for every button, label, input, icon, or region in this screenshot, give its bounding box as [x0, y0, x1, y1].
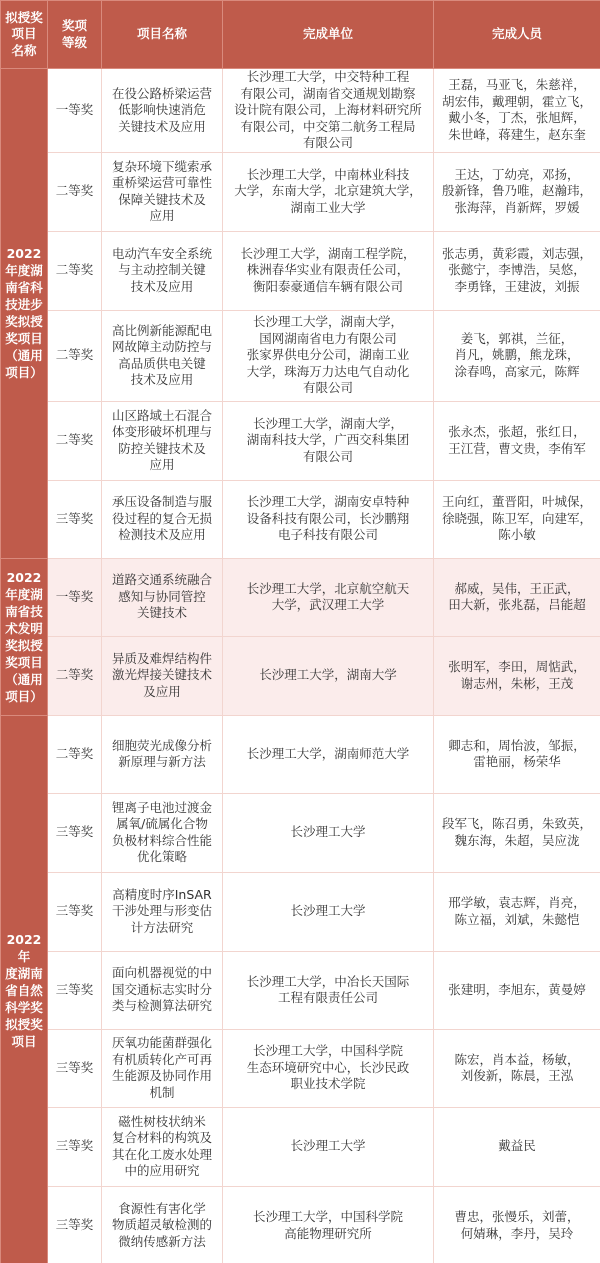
header-row: 拟授奖 项目 名称 奖项 等级 项目名称 完成单位 完成人员: [1, 1, 600, 69]
table-row: 三等奖高精度时序InSAR干涉处理与形变估计方法研究长沙理工大学邢学敏，袁志辉，…: [1, 872, 600, 951]
award-level: 二等奖: [48, 715, 102, 793]
award-table: 拟授奖 项目 名称 奖项 等级 项目名称 完成单位 完成人员 2022年度湖南省…: [0, 0, 600, 1263]
award-level: 二等奖: [48, 231, 102, 310]
completion-people: 邢学敏，袁志辉，肖亮，陈立福，刘斌，朱懿恺: [434, 872, 600, 951]
table-row: 二等奖复杂环境下缆索承重桥梁运营可靠性保障关键技术及应用长沙理工大学，中南林业科…: [1, 152, 600, 231]
project-name: 电动汽车安全系统与主动控制关键技术及应用: [102, 231, 223, 310]
completion-people: 郝威，吴伟，王正武，田大新，张兆磊，吕能超: [434, 558, 600, 636]
table-row: 三等奖面向机器视觉的中国交通标志实时分类与检测算法研究长沙理工大学，中冶长天国际…: [1, 951, 600, 1029]
completion-unit: 长沙理工大学，湖南工程学院，株洲春华实业有限责任公司，衡阳泰豪通信车辆有限公司: [223, 231, 434, 310]
completion-people: 戴益民: [434, 1107, 600, 1186]
award-level: 三等奖: [48, 951, 102, 1029]
award-level: 二等奖: [48, 636, 102, 715]
header-people: 完成人员: [434, 1, 600, 69]
project-name: 食源性有害化学物质超灵敏检测的微纳传感新方法: [102, 1186, 223, 1263]
completion-people: 王达，丁幼亮，邓扬，殷新锋，鲁乃唯，赵瀚玮，张海萍，肖新辉，罗媛: [434, 152, 600, 231]
completion-unit: 长沙理工大学，湖南大学: [223, 636, 434, 715]
project-name: 磁性树枝状纳米复合材料的构筑及其在化工废水处理中的应用研究: [102, 1107, 223, 1186]
award-level: 一等奖: [48, 69, 102, 153]
table-row: 二等奖电动汽车安全系统与主动控制关键技术及应用长沙理工大学，湖南工程学院，株洲春…: [1, 231, 600, 310]
header-project-name: 项目名称: [102, 1, 223, 69]
project-name: 承压设备制造与服役过程的复合无损检测技术及应用: [102, 480, 223, 558]
table-row: 三等奖厌氧功能菌群强化有机质转化产可再生能源及协同作用机制长沙理工大学，中国科学…: [1, 1029, 600, 1107]
completion-unit: 长沙理工大学: [223, 793, 434, 872]
completion-unit: 长沙理工大学，湖南师范大学: [223, 715, 434, 793]
award-level: 三等奖: [48, 1107, 102, 1186]
project-name: 面向机器视觉的中国交通标志实时分类与检测算法研究: [102, 951, 223, 1029]
table-row: 2022年度湖南省自然科学奖拟授奖项目二等奖细胞荧光成像分析新原理与新方法长沙理…: [1, 715, 600, 793]
project-name: 山区路域土石混合体变形破坏机理与防控关键技术及应用: [102, 401, 223, 480]
award-level: 三等奖: [48, 480, 102, 558]
award-level: 二等奖: [48, 152, 102, 231]
table-row: 三等奖锂离子电池过渡金属氧/硫属化合物负极材料综合性能优化策略长沙理工大学段军飞…: [1, 793, 600, 872]
project-name: 高精度时序InSAR干涉处理与形变估计方法研究: [102, 872, 223, 951]
group-label: 2022年度湖南省技术发明奖拟授奖项目（通用项目）: [1, 558, 48, 715]
completion-unit: 长沙理工大学，北京航空航天大学，武汉理工大学: [223, 558, 434, 636]
project-name: 在役公路桥梁运营低影响快速消危关键技术及应用: [102, 69, 223, 153]
project-name: 复杂环境下缆索承重桥梁运营可靠性保障关键技术及应用: [102, 152, 223, 231]
completion-people: 张建明，李旭东，黄曼婷: [434, 951, 600, 1029]
completion-people: 张永杰，张超，张红日，王江营，曹文贵，李侑军: [434, 401, 600, 480]
header-group: 拟授奖 项目 名称: [1, 1, 48, 69]
completion-unit: 长沙理工大学，湖南大学，湖南科技大学，广西交科集团有限公司: [223, 401, 434, 480]
award-level: 三等奖: [48, 1186, 102, 1263]
award-level: 一等奖: [48, 558, 102, 636]
table-body: 2022年度湖南省科技进步奖拟授奖项目（通用项目）一等奖在役公路桥梁运营低影响快…: [1, 69, 600, 1263]
completion-people: 卿志和，周怡波，邹振，雷艳丽，杨荣华: [434, 715, 600, 793]
table-row: 三等奖承压设备制造与服役过程的复合无损检测技术及应用长沙理工大学，湖南安卓特种设…: [1, 480, 600, 558]
group-label: 2022年度湖南省科技进步奖拟授奖项目（通用项目）: [1, 69, 48, 559]
group-label: 2022年度湖南省自然科学奖拟授奖项目: [1, 715, 48, 1263]
project-name: 细胞荧光成像分析新原理与新方法: [102, 715, 223, 793]
table-row: 二等奖山区路域土石混合体变形破坏机理与防控关键技术及应用长沙理工大学，湖南大学，…: [1, 401, 600, 480]
header-unit: 完成单位: [223, 1, 434, 69]
project-name: 锂离子电池过渡金属氧/硫属化合物负极材料综合性能优化策略: [102, 793, 223, 872]
completion-unit: 长沙理工大学，中国科学院高能物理研究所: [223, 1186, 434, 1263]
award-level: 二等奖: [48, 310, 102, 401]
completion-people: 王磊，马亚飞，朱慈祥，胡宏伟，戴理朝，霍立飞，戴小冬，丁杰，张旭辉，朱世峰，蒋建…: [434, 69, 600, 153]
completion-unit: 长沙理工大学，中国科学院生态环境研究中心，长沙民政职业技术学院: [223, 1029, 434, 1107]
completion-people: 陈宏，肖本益，杨敏，刘俊新，陈晨，王泓: [434, 1029, 600, 1107]
project-name: 道路交通系统融合感知与协同管控关键技术: [102, 558, 223, 636]
completion-unit: 长沙理工大学，湖南大学，国网湖南省电力有限公司张家界供电分公司，湖南工业大学，珠…: [223, 310, 434, 401]
completion-people: 曹忠，张慢乐，刘蕾，何婧琳，李丹，吴玲: [434, 1186, 600, 1263]
completion-people: 姜飞，郭祺，兰征，肖凡，姚鹏，熊龙珠，涂春鸣，高家元，陈辉: [434, 310, 600, 401]
table-row: 三等奖食源性有害化学物质超灵敏检测的微纳传感新方法长沙理工大学，中国科学院高能物…: [1, 1186, 600, 1263]
project-name: 高比例新能源配电网故障主动防控与高品质供电关键技术及应用: [102, 310, 223, 401]
table-row: 二等奖高比例新能源配电网故障主动防控与高品质供电关键技术及应用长沙理工大学，湖南…: [1, 310, 600, 401]
completion-people: 段军飞，陈召勇，朱致英，魏东海，朱超，吴应泷: [434, 793, 600, 872]
project-name: 异质及难焊结构件激光焊接关键技术及应用: [102, 636, 223, 715]
completion-unit: 长沙理工大学，中交特种工程有限公司，湖南省交通规划勘察设计院有限公司，上海材料研…: [223, 69, 434, 153]
award-level: 三等奖: [48, 793, 102, 872]
completion-people: 张志勇，黄彩霞，刘志强，张懿宁，李博浩，吴悠，李勇锋，王建波，刘振: [434, 231, 600, 310]
completion-unit: 长沙理工大学，湖南安卓特种设备科技有限公司，长沙鹏翔电子科技有限公司: [223, 480, 434, 558]
completion-unit: 长沙理工大学: [223, 1107, 434, 1186]
table-row: 二等奖异质及难焊结构件激光焊接关键技术及应用长沙理工大学，湖南大学张明军，李田，…: [1, 636, 600, 715]
award-level: 三等奖: [48, 1029, 102, 1107]
completion-unit: 长沙理工大学，中南林业科技大学，东南大学，北京建筑大学，湖南工业大学: [223, 152, 434, 231]
table-row: 2022年度湖南省科技进步奖拟授奖项目（通用项目）一等奖在役公路桥梁运营低影响快…: [1, 69, 600, 153]
completion-people: 王向红，董晋阳，叶城保，徐晓强，陈卫军，向建军，陈小敏: [434, 480, 600, 558]
award-level: 三等奖: [48, 872, 102, 951]
project-name: 厌氧功能菌群强化有机质转化产可再生能源及协同作用机制: [102, 1029, 223, 1107]
completion-people: 张明军，李田，周惦武，谢志州，朱彬，王茂: [434, 636, 600, 715]
table-row: 三等奖磁性树枝状纳米复合材料的构筑及其在化工废水处理中的应用研究长沙理工大学戴益…: [1, 1107, 600, 1186]
table-row: 2022年度湖南省技术发明奖拟授奖项目（通用项目）一等奖道路交通系统融合感知与协…: [1, 558, 600, 636]
award-level: 二等奖: [48, 401, 102, 480]
completion-unit: 长沙理工大学: [223, 872, 434, 951]
completion-unit: 长沙理工大学，中冶长天国际工程有限责任公司: [223, 951, 434, 1029]
header-level: 奖项 等级: [48, 1, 102, 69]
